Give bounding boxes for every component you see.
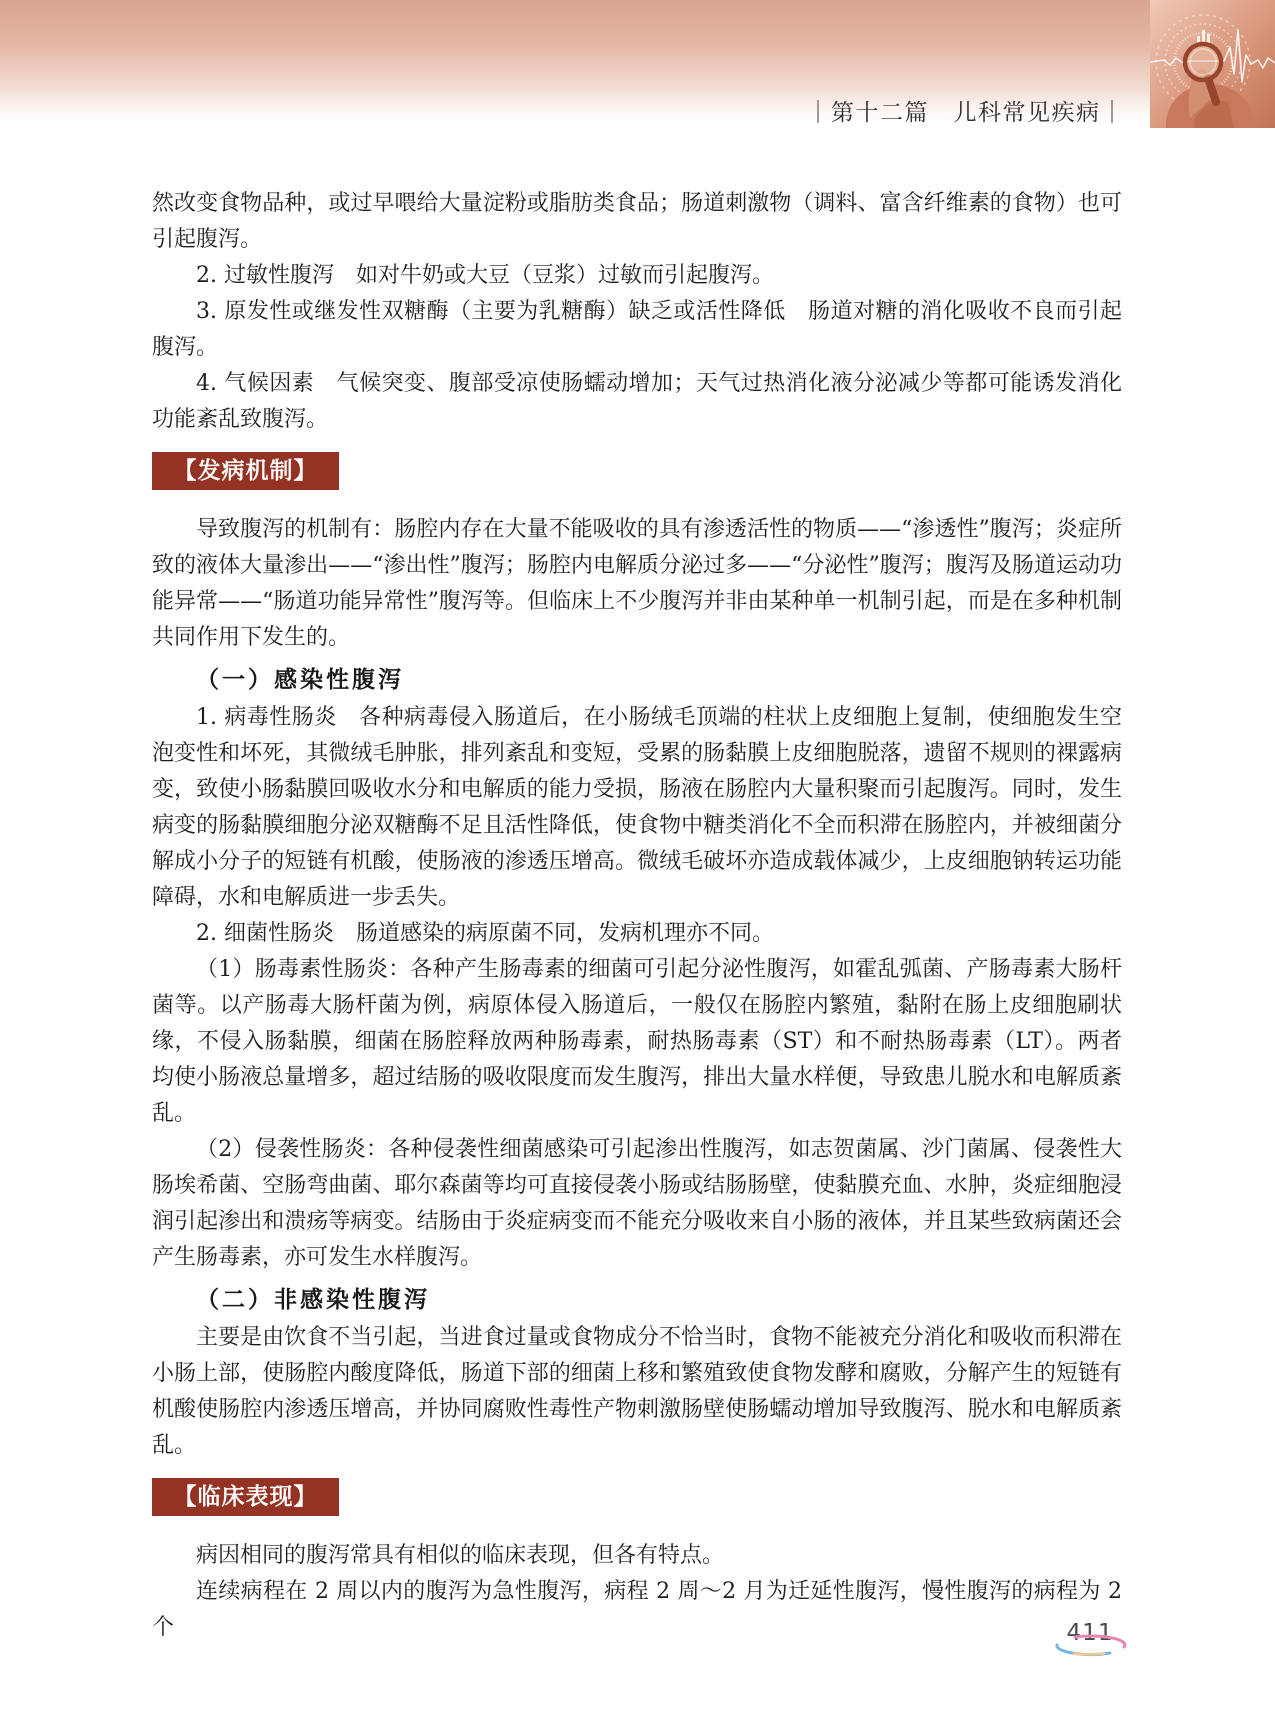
paragraph-course-definitions: 连续病程在 2 周以内的腹泻为急性腹泻，病程 2 周～2 月为迁延性腹泻，慢性腹… — [152, 1574, 1122, 1646]
paragraph-viral-enteritis: 1. 病毒性肠炎 各种病毒侵入肠道后，在小肠绒毛顶端的柱状上皮细胞上复制，使细胞… — [152, 700, 1122, 916]
page-number-swoosh-icon — [1038, 1618, 1142, 1664]
paragraph-mechanism-lead: 导致腹泻的机制有：肠腔内存在大量不能吸收的具有渗透活性的物质——“渗透性”腹泻；… — [152, 512, 1122, 656]
paragraph-bacterial-enteritis-lead: 2. 细菌性肠炎 肠道感染的病原菌不同，发病机理亦不同。 — [152, 916, 1122, 952]
hand-magnifier-illustration — [1150, 0, 1275, 128]
page-footer: 411 — [1038, 1618, 1142, 1664]
section-header-pathogenesis-label: 【发病机制】 — [174, 452, 318, 490]
paragraph-invasive-enteritis: （2）侵袭性肠炎：各种侵袭性细菌感染可引起渗出性腹泻，如志贺菌属、沙门菌属、侵袭… — [152, 1132, 1122, 1276]
paragraph-climate-factors: 4. 气候因素 气候突变、腹部受凉使肠蠕动增加；天气过热消化液分泌减少等都可能诱… — [152, 366, 1122, 438]
paragraph-dietary-diarrhea: 主要是由饮食不当引起，当进食过量或食物成分不恰当时，食物不能被充分消化和吸收而积… — [152, 1320, 1122, 1464]
paragraph-clinical-similarity: 病因相同的腹泻常具有相似的临床表现，但各有特点。 — [152, 1538, 1122, 1574]
subheading-infectious-diarrhea: （一）感染性腹泻 — [152, 662, 1122, 698]
hand-magnifier-photo — [1150, 0, 1275, 128]
textbook-page: ｜第十二篇 儿科常见疾病｜ 然改变食物品种，或过早喂给大量淀粉或脂肪类食品；肠道… — [0, 0, 1275, 1718]
page-body: 然改变食物品种，或过早喂给大量淀粉或脂肪类食品；肠道刺激物（调料、富含纤维素的食… — [152, 186, 1122, 1646]
paragraph-enterotoxigenic-enteritis: （1）肠毒素性肠炎：各种产生肠毒素的细菌可引起分泌性腹泻，如霍乱弧菌、产肠毒素大… — [152, 952, 1122, 1132]
subheading-noninfectious-diarrhea: （二）非感染性腹泻 — [152, 1282, 1122, 1318]
section-header-pathogenesis: 【发病机制】 — [152, 452, 339, 490]
chapter-header: ｜第十二篇 儿科常见疾病｜ — [807, 94, 1126, 127]
paragraph-diet-causes-continuation: 然改变食物品种，或过早喂给大量淀粉或脂肪类食品；肠道刺激物（调料、富含纤维素的食… — [152, 186, 1122, 258]
section-header-clinical-manifestations: 【临床表现】 — [152, 1478, 339, 1516]
paragraph-allergic-diarrhea: 2. 过敏性腹泻 如对牛奶或大豆（豆浆）过敏而引起腹泻。 — [152, 258, 1122, 294]
paragraph-disaccharidase-deficiency: 3. 原发性或继发性双糖酶（主要为乳糖酶）缺乏或活性降低 肠道对糖的消化吸收不良… — [152, 294, 1122, 366]
section-header-clinical-label: 【临床表现】 — [174, 1478, 318, 1516]
